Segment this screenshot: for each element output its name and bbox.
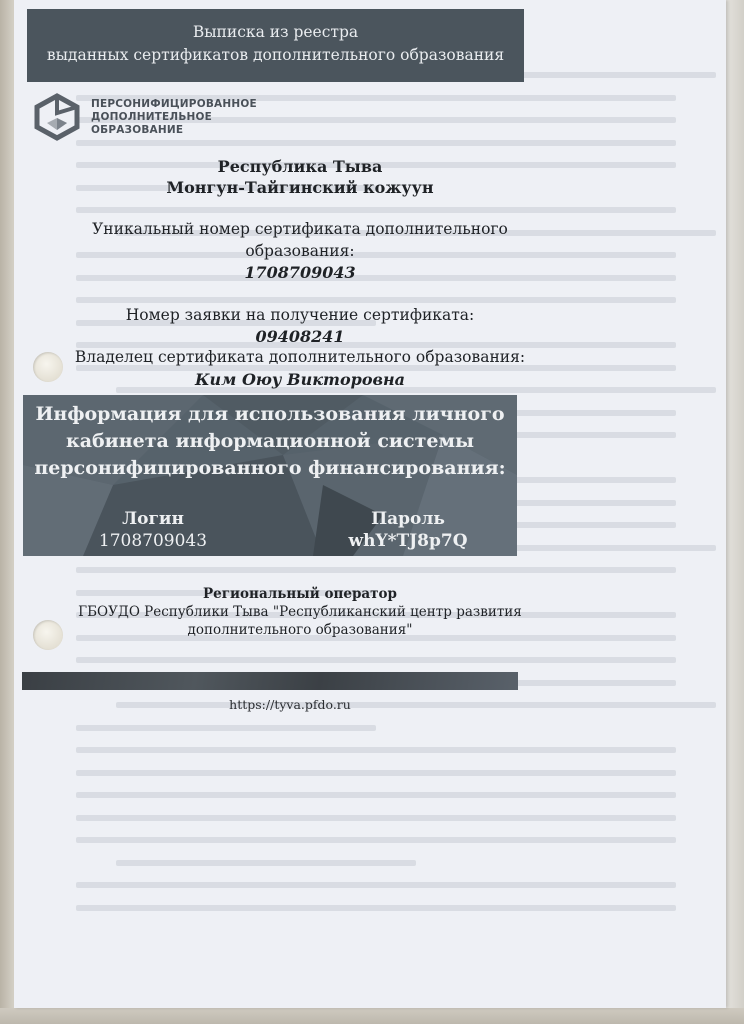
logo-text: ПЕРСОНИФИЦИРОВАННОЕ ДОПОЛНИТЕЛЬНОЕ ОБРАЗ… xyxy=(91,98,257,137)
footer-band xyxy=(22,672,518,690)
certificate-label-2: образования: xyxy=(40,241,560,262)
certificate-number: 1708709043 xyxy=(40,262,560,283)
logo-line-1: ПЕРСОНИФИЦИРОВАННОЕ xyxy=(91,98,257,111)
login-value: 1708709043 xyxy=(63,530,243,552)
logo-line-2: ДОПОЛНИТЕЛЬНОЕ xyxy=(91,111,257,124)
application-label: Номер заявки на получение сертификата: xyxy=(40,305,560,326)
paper-bottom-edge xyxy=(0,1008,744,1024)
district: Монгун-Тайгинский кожуун xyxy=(40,177,560,198)
header-line-2: выданных сертификатов дополнительного об… xyxy=(27,44,524,67)
application-number: 09408241 xyxy=(40,326,560,347)
certificate-label-1: Уникальный номер сертификата дополнитель… xyxy=(40,219,560,240)
login-label: Логин xyxy=(63,508,243,530)
logo-line-3: ОБРАЗОВАНИЕ xyxy=(91,124,257,137)
paper-left-edge xyxy=(0,0,14,1024)
cabinet-title-line-2: кабинета информационной системы xyxy=(23,428,517,455)
cabinet-info-title: Информация для использования личного каб… xyxy=(23,401,517,482)
cabinet-title-line-3: персонифицированного финансирования: xyxy=(23,455,517,482)
paper-right-edge xyxy=(726,0,744,1008)
cabinet-title-line-1: Информация для использования личного xyxy=(23,401,517,428)
password-block: Пароль whY*TJ8p7Q xyxy=(323,508,493,552)
header-line-1: Выписка из реестра xyxy=(27,21,524,44)
login-block: Логин 1708709043 xyxy=(63,508,243,552)
operator-title: Региональный оператор xyxy=(40,585,560,603)
cabinet-info-box: Информация для использования личного каб… xyxy=(23,395,517,556)
header-band: Выписка из реестра выданных сертификатов… xyxy=(27,9,524,82)
logo: ПЕРСОНИФИЦИРОВАННОЕ ДОПОЛНИТЕЛЬНОЕ ОБРАЗ… xyxy=(33,93,257,141)
cube-logo-icon xyxy=(33,93,81,141)
owner-name: Ким Оюу Викторовна xyxy=(40,369,560,390)
owner-label: Владелец сертификата дополнительного обр… xyxy=(40,347,560,368)
operator-line-2: дополнительного образования" xyxy=(40,621,560,639)
website-url: https://tyva.pfdo.ru xyxy=(40,697,540,712)
operator-line-1: ГБОУДО Республики Тыва "Республиканский … xyxy=(40,603,560,621)
region: Республика Тыва xyxy=(40,156,560,177)
password-value: whY*TJ8p7Q xyxy=(323,530,493,552)
password-label: Пароль xyxy=(323,508,493,530)
